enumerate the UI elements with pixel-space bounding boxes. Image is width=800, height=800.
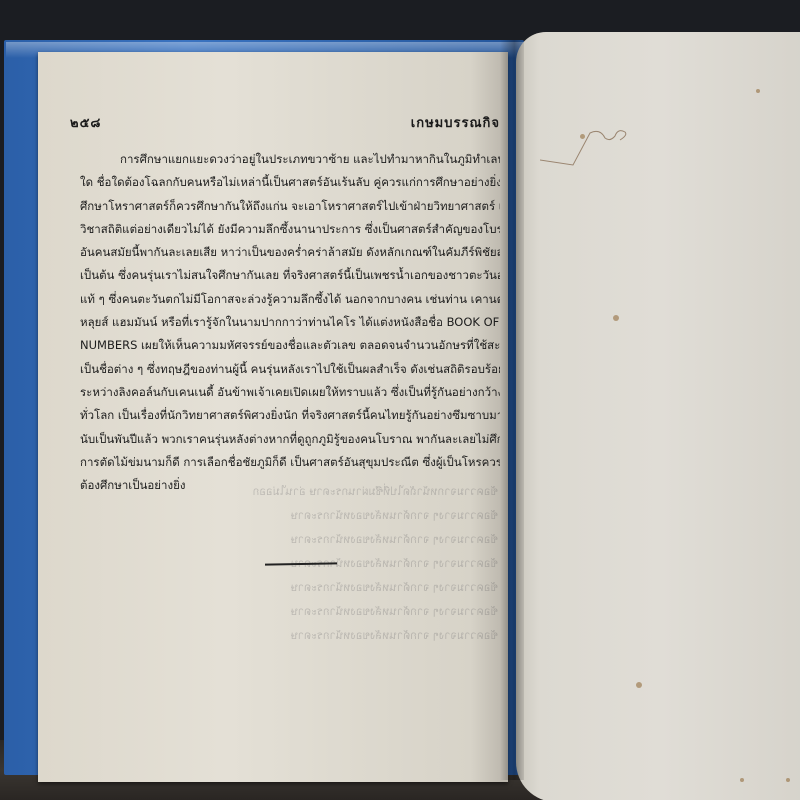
- gutter-shadow: [500, 40, 524, 780]
- text-line: ต้องศึกษาเป็นอย่างยิ่ง: [80, 474, 500, 497]
- text-line: ใด ชื่อใดต้องโฉลกกับคนหรือไม่เหล่านี้เป็…: [80, 171, 500, 194]
- text-line: NUMBERS เผยให้เห็นความมหัศจรรย์ของชื่อแล…: [80, 334, 500, 357]
- foxing-spot: [756, 89, 760, 93]
- bleed-line: ข้อความจางๆ จากด้านหลังของหน้ากระดาษ: [88, 504, 498, 528]
- bleed-line: ข้อความจางๆ จากด้านหลังของหน้ากระดาษ: [88, 600, 498, 624]
- text-line: แท้ ๆ ซึ่งคนตะวันตกไม่มีโอกาสจะล่วงรู้คว…: [80, 288, 500, 311]
- page-number: ๒๕๘: [70, 112, 101, 133]
- text-line: ทั่วโลก เป็นเรื่องที่นักวิทยาศาสตร์พิศวง…: [80, 404, 500, 427]
- text-line: การศึกษาแยกแยะดวงว่าอยู่ในประเภทขวาซ้าย …: [80, 148, 500, 171]
- running-head: เกษมบรรณกิจ: [411, 112, 500, 133]
- text-line: เป็นต้น ซึ่งคนรุ่นเราไม่สนใจศึกษากันเลย …: [80, 264, 500, 287]
- foxing-spot: [786, 778, 790, 782]
- hair-strand: [540, 130, 670, 190]
- page-header: ๒๕๘ เกษมบรรณกิจ: [70, 112, 500, 133]
- text-line: เป็นชื่อต่าง ๆ ซึ่งทฤษฎีของท่านผู้นี้ คน…: [80, 358, 500, 381]
- foxing-spot: [636, 682, 642, 688]
- text-line: การตัดไม้ข่มนามก็ดี การเลือกชื่อชัยภูมิก…: [80, 451, 500, 474]
- body-paragraph: การศึกษาแยกแยะดวงว่าอยู่ในประเภทขวาซ้าย …: [80, 148, 500, 497]
- bleed-line: ข้อความจางๆ จากด้านหลังของหน้ากระดาษ: [88, 624, 498, 648]
- foxing-spot: [613, 315, 619, 321]
- photo-scene: ๒๕๘ เกษมบรรณกิจ ข้อความจากหน้าถัดไปที่ซึ…: [0, 0, 800, 800]
- bleed-line: ข้อความจางๆ จากด้านหลังของหน้ากระดาษ: [88, 576, 498, 600]
- bleed-line: ข้อความจางๆ จากด้านหลังของหน้ากระดาษ: [88, 528, 498, 552]
- text-line: วิชาสถิติแต่อย่างเดียวไม่ได้ ยังมีความลึ…: [80, 218, 500, 241]
- text-line: นับเป็นพันปีแล้ว พวกเราคนรุ่นหลังต่างหาก…: [80, 428, 500, 451]
- text-line: ศึกษาโหราศาสตร์ก็ควรศึกษากันให้ถึงแก่น จ…: [80, 195, 500, 218]
- text-line: ระหว่างลิงคอล์นกับเคนเนดี้ อันข้าพเจ้าเค…: [80, 381, 500, 404]
- text-line: หลุยส์ แฮมมันน์ หรือที่เรารู้จักในนามปาก…: [80, 311, 500, 334]
- text-line: อันคนสมัยนี้พากันละเลยเสีย หาว่าเป็นของค…: [80, 241, 500, 264]
- foxing-spot: [740, 778, 744, 782]
